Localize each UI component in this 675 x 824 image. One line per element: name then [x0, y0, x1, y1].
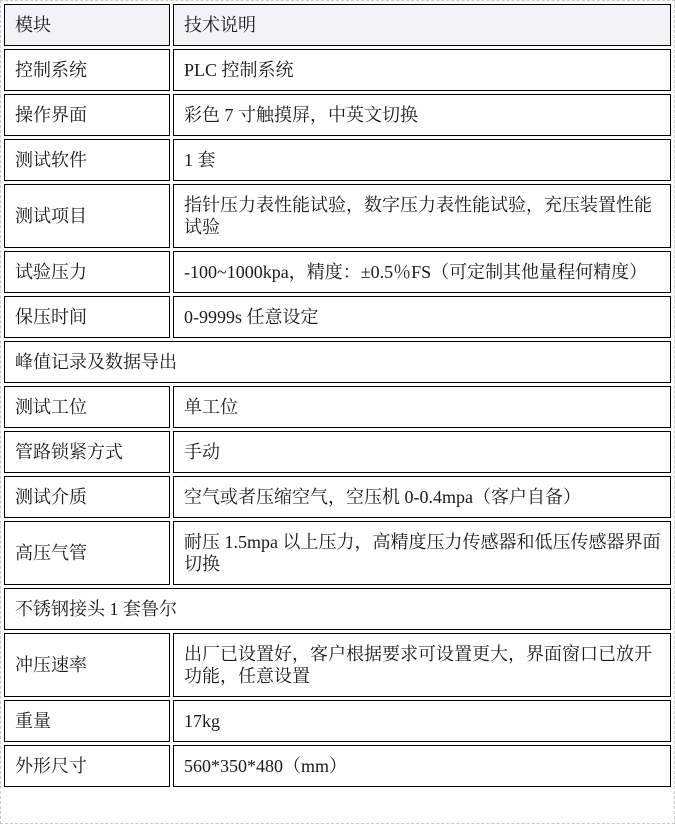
row-value: 耐压 1.5mpa 以上压力，高精度压力传感器和低压传感器界面切换: [173, 521, 671, 585]
row-label: 外形尺寸: [4, 745, 170, 787]
row-value: 指针压力表性能试验，数字压力表性能试验，充压装置性能试验: [173, 184, 671, 248]
table-row: 操作界面彩色 7 寸触摸屏，中英文切换: [4, 94, 671, 136]
column-header-description: 技术说明: [173, 4, 671, 46]
row-value: PLC 控制系统: [173, 49, 671, 91]
row-value: 手动: [173, 431, 671, 473]
table-row: 测试工位单工位: [4, 386, 671, 428]
table-row: 峰值记录及数据导出: [4, 341, 671, 383]
row-value: -100~1000kpa，精度：±0.5％FS（可定制其他量程何精度）: [173, 251, 671, 293]
row-value: 单工位: [173, 386, 671, 428]
row-value: 1 套: [173, 139, 671, 181]
table-row: 控制系统PLC 控制系统: [4, 49, 671, 91]
row-value: 17kg: [173, 700, 671, 742]
header-row: 模块 技术说明: [4, 4, 671, 46]
row-label: 保压时间: [4, 296, 170, 338]
row-label: 试验压力: [4, 251, 170, 293]
table-row: 测试软件1 套: [4, 139, 671, 181]
row-value: 出厂已设置好，客户根据要求可设置更大，界面窗口已放开功能，任意设置: [173, 633, 671, 697]
row-value: 空气或者压缩空气，空压机 0-0.4mpa（客户自备）: [173, 476, 671, 518]
row-label: 高压气管: [4, 521, 170, 585]
row-label: 测试软件: [4, 139, 170, 181]
table-row: 保压时间0-9999s 任意设定: [4, 296, 671, 338]
row-label: 管路锁紧方式: [4, 431, 170, 473]
row-full-width-value: 不锈钢接头 1 套鲁尔: [4, 588, 671, 630]
table-row: 外形尺寸560*350*480（mm）: [4, 745, 671, 787]
row-full-width-value: 峰值记录及数据导出: [4, 341, 671, 383]
table-row: 不锈钢接头 1 套鲁尔: [4, 588, 671, 630]
row-value: 彩色 7 寸触摸屏，中英文切换: [173, 94, 671, 136]
row-label: 重量: [4, 700, 170, 742]
row-label: 操作界面: [4, 94, 170, 136]
row-label: 测试项目: [4, 184, 170, 248]
column-header-module: 模块: [4, 4, 170, 46]
spec-sheet-page: 模块 技术说明 控制系统PLC 控制系统操作界面彩色 7 寸触摸屏，中英文切换测…: [0, 0, 675, 824]
table-row: 冲压速率出厂已设置好，客户根据要求可设置更大，界面窗口已放开功能，任意设置: [4, 633, 671, 697]
table-row: 试验压力-100~1000kpa，精度：±0.5％FS（可定制其他量程何精度）: [4, 251, 671, 293]
table-row: 高压气管耐压 1.5mpa 以上压力，高精度压力传感器和低压传感器界面切换: [4, 521, 671, 585]
spec-table-body: 控制系统PLC 控制系统操作界面彩色 7 寸触摸屏，中英文切换测试软件1 套测试…: [4, 49, 671, 787]
table-row: 测试项目指针压力表性能试验，数字压力表性能试验，充压装置性能试验: [4, 184, 671, 248]
spec-table-head: 模块 技术说明: [4, 4, 671, 46]
table-row: 重量17kg: [4, 700, 671, 742]
table-row: 管路锁紧方式手动: [4, 431, 671, 473]
row-value: 560*350*480（mm）: [173, 745, 671, 787]
row-label: 控制系统: [4, 49, 170, 91]
row-label: 冲压速率: [4, 633, 170, 697]
row-label: 测试介质: [4, 476, 170, 518]
spec-table: 模块 技术说明 控制系统PLC 控制系统操作界面彩色 7 寸触摸屏，中英文切换测…: [1, 1, 674, 790]
row-value: 0-9999s 任意设定: [173, 296, 671, 338]
table-row: 测试介质空气或者压缩空气，空压机 0-0.4mpa（客户自备）: [4, 476, 671, 518]
row-label: 测试工位: [4, 386, 170, 428]
